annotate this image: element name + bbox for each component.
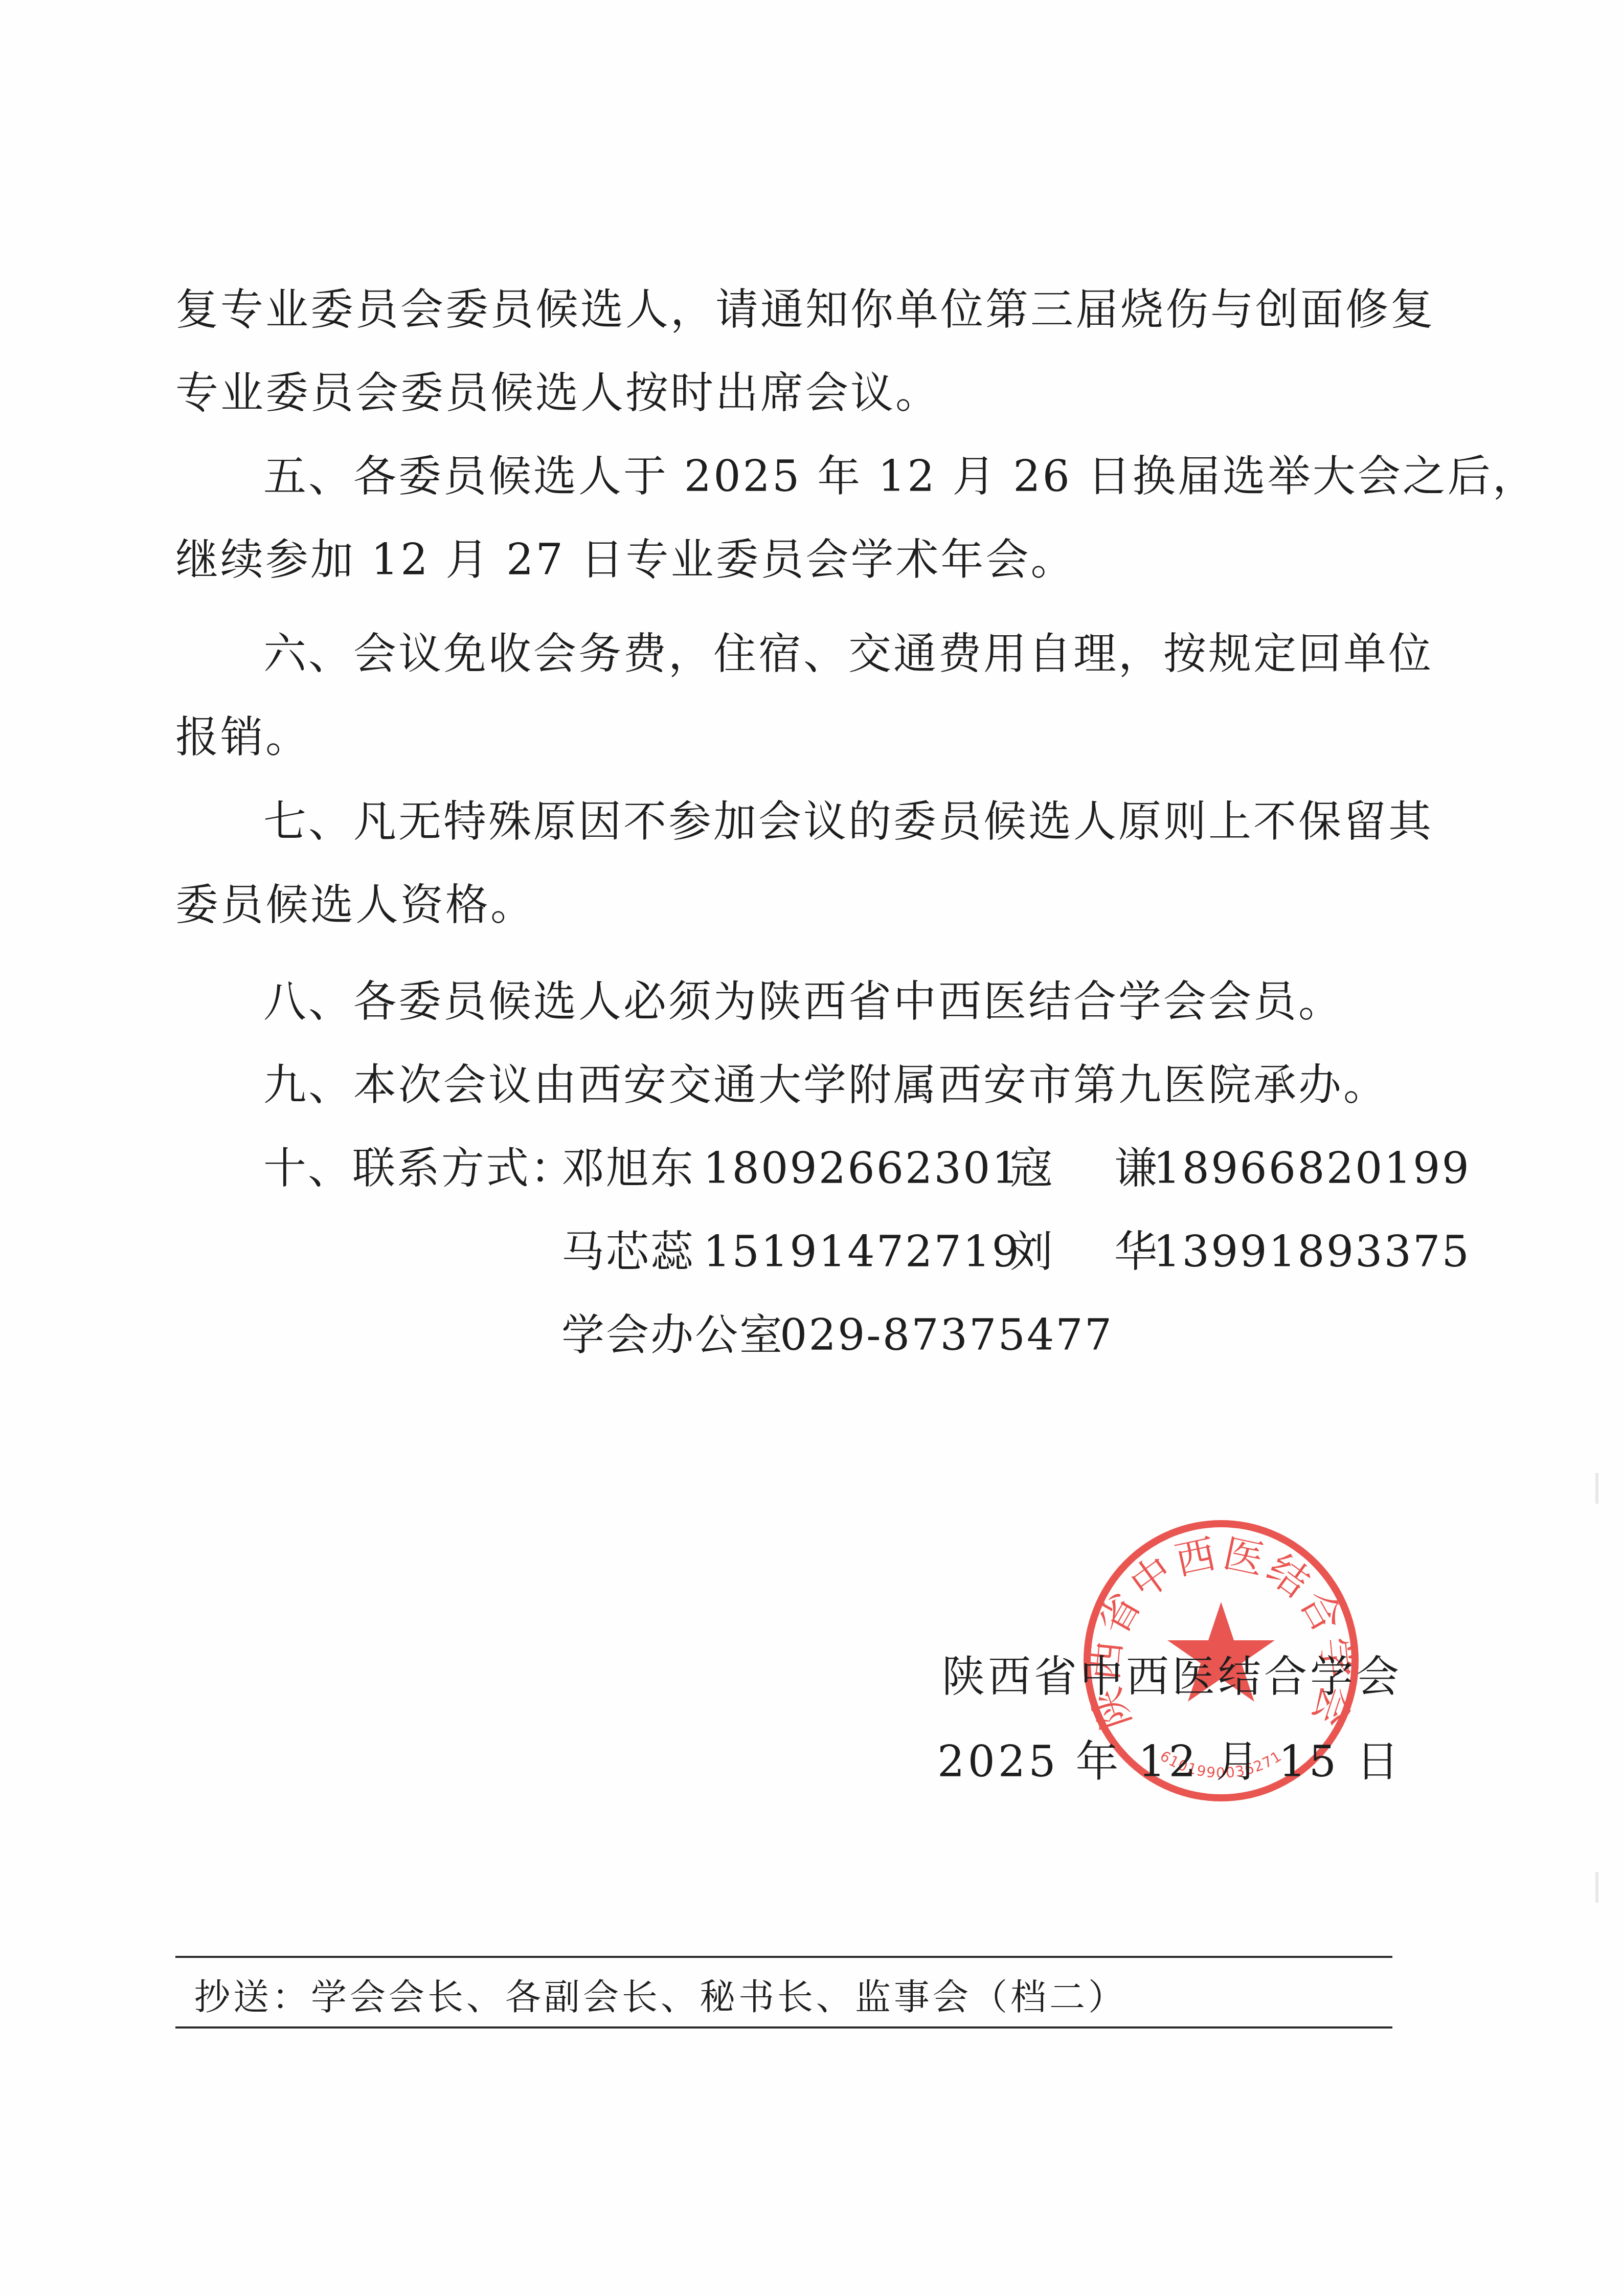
paragraph-6-line-2: 报销。 bbox=[175, 711, 1392, 763]
contact-name-4: 刘 华 bbox=[1010, 1226, 1166, 1277]
signature-date: 2025 年 12 月 15 日 bbox=[937, 1736, 1402, 1787]
office-phone: 029-87375477 bbox=[780, 1309, 1113, 1361]
cc-distribution: 抄送：学会会长、各副会长、秘书长、监事会（档二） bbox=[194, 1974, 1127, 2020]
contact-phone-2: 18966820199 bbox=[1153, 1143, 1471, 1194]
paragraph-4-line-2: 专业委员会委员候选人按时出席会议。 bbox=[175, 367, 1392, 418]
contacts-label: 十、联系方式： bbox=[263, 1143, 575, 1194]
paragraph-9: 九、本次会议由西安交通大学附属西安市第九医院承办。 bbox=[263, 1059, 1392, 1110]
paragraph-6-line-1: 六、会议免收会务费，住宿、交通费用自理，按规定回单位 bbox=[263, 628, 1392, 679]
contact-phone-4: 13991893375 bbox=[1153, 1226, 1471, 1277]
scan-artifact bbox=[1595, 1473, 1598, 1504]
contact-phone-3: 15191472719 bbox=[703, 1226, 1021, 1277]
paragraph-7-line-2: 委员候选人资格。 bbox=[175, 879, 1392, 930]
contact-name-3: 马芯蕊 bbox=[561, 1226, 695, 1277]
paragraph-8: 八、各委员候选人必须为陕西省中西医结合学会会员。 bbox=[263, 976, 1392, 1027]
office-name: 学会办公室 bbox=[561, 1309, 784, 1361]
contact-phone-1: 18092662301 bbox=[703, 1143, 1021, 1194]
footer-top-rule bbox=[175, 1956, 1392, 1958]
paragraph-5-line-1: 五、各委员候选人于 2025 年 12 月 26 日换届选举大会之后， bbox=[263, 451, 1392, 502]
footer-bottom-rule bbox=[175, 2026, 1392, 2028]
paragraph-7-line-1: 七、凡无特殊原因不参加会议的委员候选人原则上不保留其 bbox=[263, 796, 1392, 847]
contact-name-2: 寇 谦 bbox=[1010, 1143, 1166, 1194]
paragraph-5-line-2: 继续参加 12 月 27 日专业委员会学术年会。 bbox=[175, 534, 1392, 585]
signature-organization: 陕西省中西医结合学会 bbox=[942, 1651, 1402, 1702]
paragraph-4-line-1: 复专业委员会委员候选人，请通知你单位第三届烧伤与创面修复 bbox=[175, 284, 1392, 335]
scan-artifact bbox=[1595, 1872, 1598, 1903]
contact-name-1: 邓旭东 bbox=[561, 1143, 695, 1194]
document-page: 复专业委员会委员候选人，请通知你单位第三届烧伤与创面修复 专业委员会委员候选人按… bbox=[0, 0, 1623, 2296]
